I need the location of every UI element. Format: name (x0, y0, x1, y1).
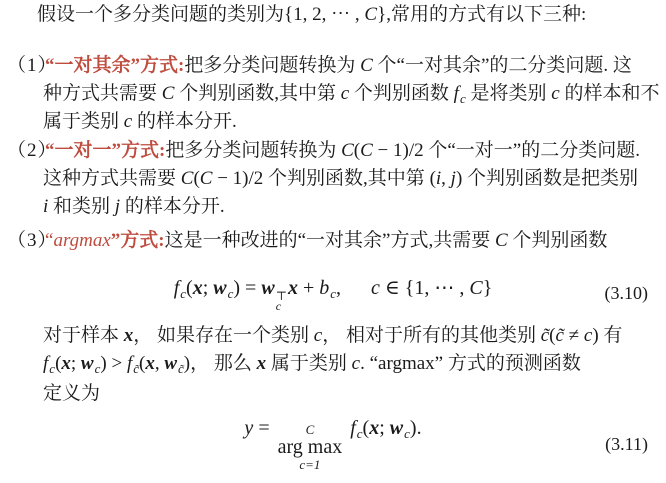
equation-3-10-body: fc(x; wc) = w⊤cx + bc, c ∈ {1, ⋯ , C} (174, 275, 493, 311)
body-paragraph-line-2: fc(x; wc) > fc̃(x, wc̃)， 那么 x 属于类别 c. “a… (43, 351, 581, 377)
equation-3-11-number: (3.11) (605, 434, 648, 455)
body-paragraph-line-3: 定义为 (43, 381, 100, 407)
equation-3-11-body: y = Carg maxc=1 fc(x; wc). (244, 417, 421, 471)
list-marker-1: （1） (7, 53, 45, 79)
list-marker-3: （3） (7, 228, 45, 254)
equation-3-10-number: (3.10) (605, 283, 649, 304)
list-item-2-heading-text: “一对一”方式:把多分类问题转换为 C(C − 1)/2 个“一对一”的二分类问… (45, 140, 640, 161)
intro-paragraph: 假设一个多分类问题的类别为{1, 2, ⋯ , C},常用的方式有以下三种: (37, 2, 586, 28)
list-item-3-heading-line: （3）“argmax”方式:这是一种改进的“一对其余”方式,共需要 C 个判别函… (7, 228, 607, 254)
list-item-1-heading-text: “一对其余”方式:把多分类问题转换为 C 个“一对其余”的二分类问题. 这 (45, 55, 632, 76)
list-marker-2: （2） (7, 138, 45, 164)
body-paragraph-line-1: 对于样本 x， 如果存在一个类别 c， 相对于所有的其他类别 c̃(c̃ ≠ c… (43, 323, 622, 349)
list-item-2-line-3: i 和类别 j 的样本分开. (43, 194, 225, 220)
list-item-2-heading-line: （2）“一对一”方式:把多分类问题转换为 C(C − 1)/2 个“一对一”的二… (7, 138, 640, 164)
list-item-2-line-2: 这种方式共需要 C(C − 1)/2 个判别函数,其中第 (i, j) 个判别函… (43, 166, 638, 192)
equation-3-11: y = Carg maxc=1 fc(x; wc). (3.11) (0, 418, 666, 470)
list-item-3-heading-text: “argmax”方式:这是一种改进的“一对其余”方式,共需要 C 个判别函数 (45, 230, 607, 251)
list-item-1-heading-line: （1）“一对其余”方式:把多分类问题转换为 C 个“一对其余”的二分类问题. 这 (7, 53, 632, 79)
list-item-1-line-2: 种方式共需要 C 个判别函数,其中第 c 个判别函数 fc 是将类别 c 的样本… (43, 81, 659, 107)
list-item-1-line-3: 属于类别 c 的样本分开. (43, 109, 237, 135)
document-page: 假设一个多分类问题的类别为{1, 2, ⋯ , C},常用的方式有以下三种: （… (0, 0, 666, 483)
equation-3-10: fc(x; wc) = w⊤cx + bc, c ∈ {1, ⋯ , C} (3… (0, 276, 666, 310)
